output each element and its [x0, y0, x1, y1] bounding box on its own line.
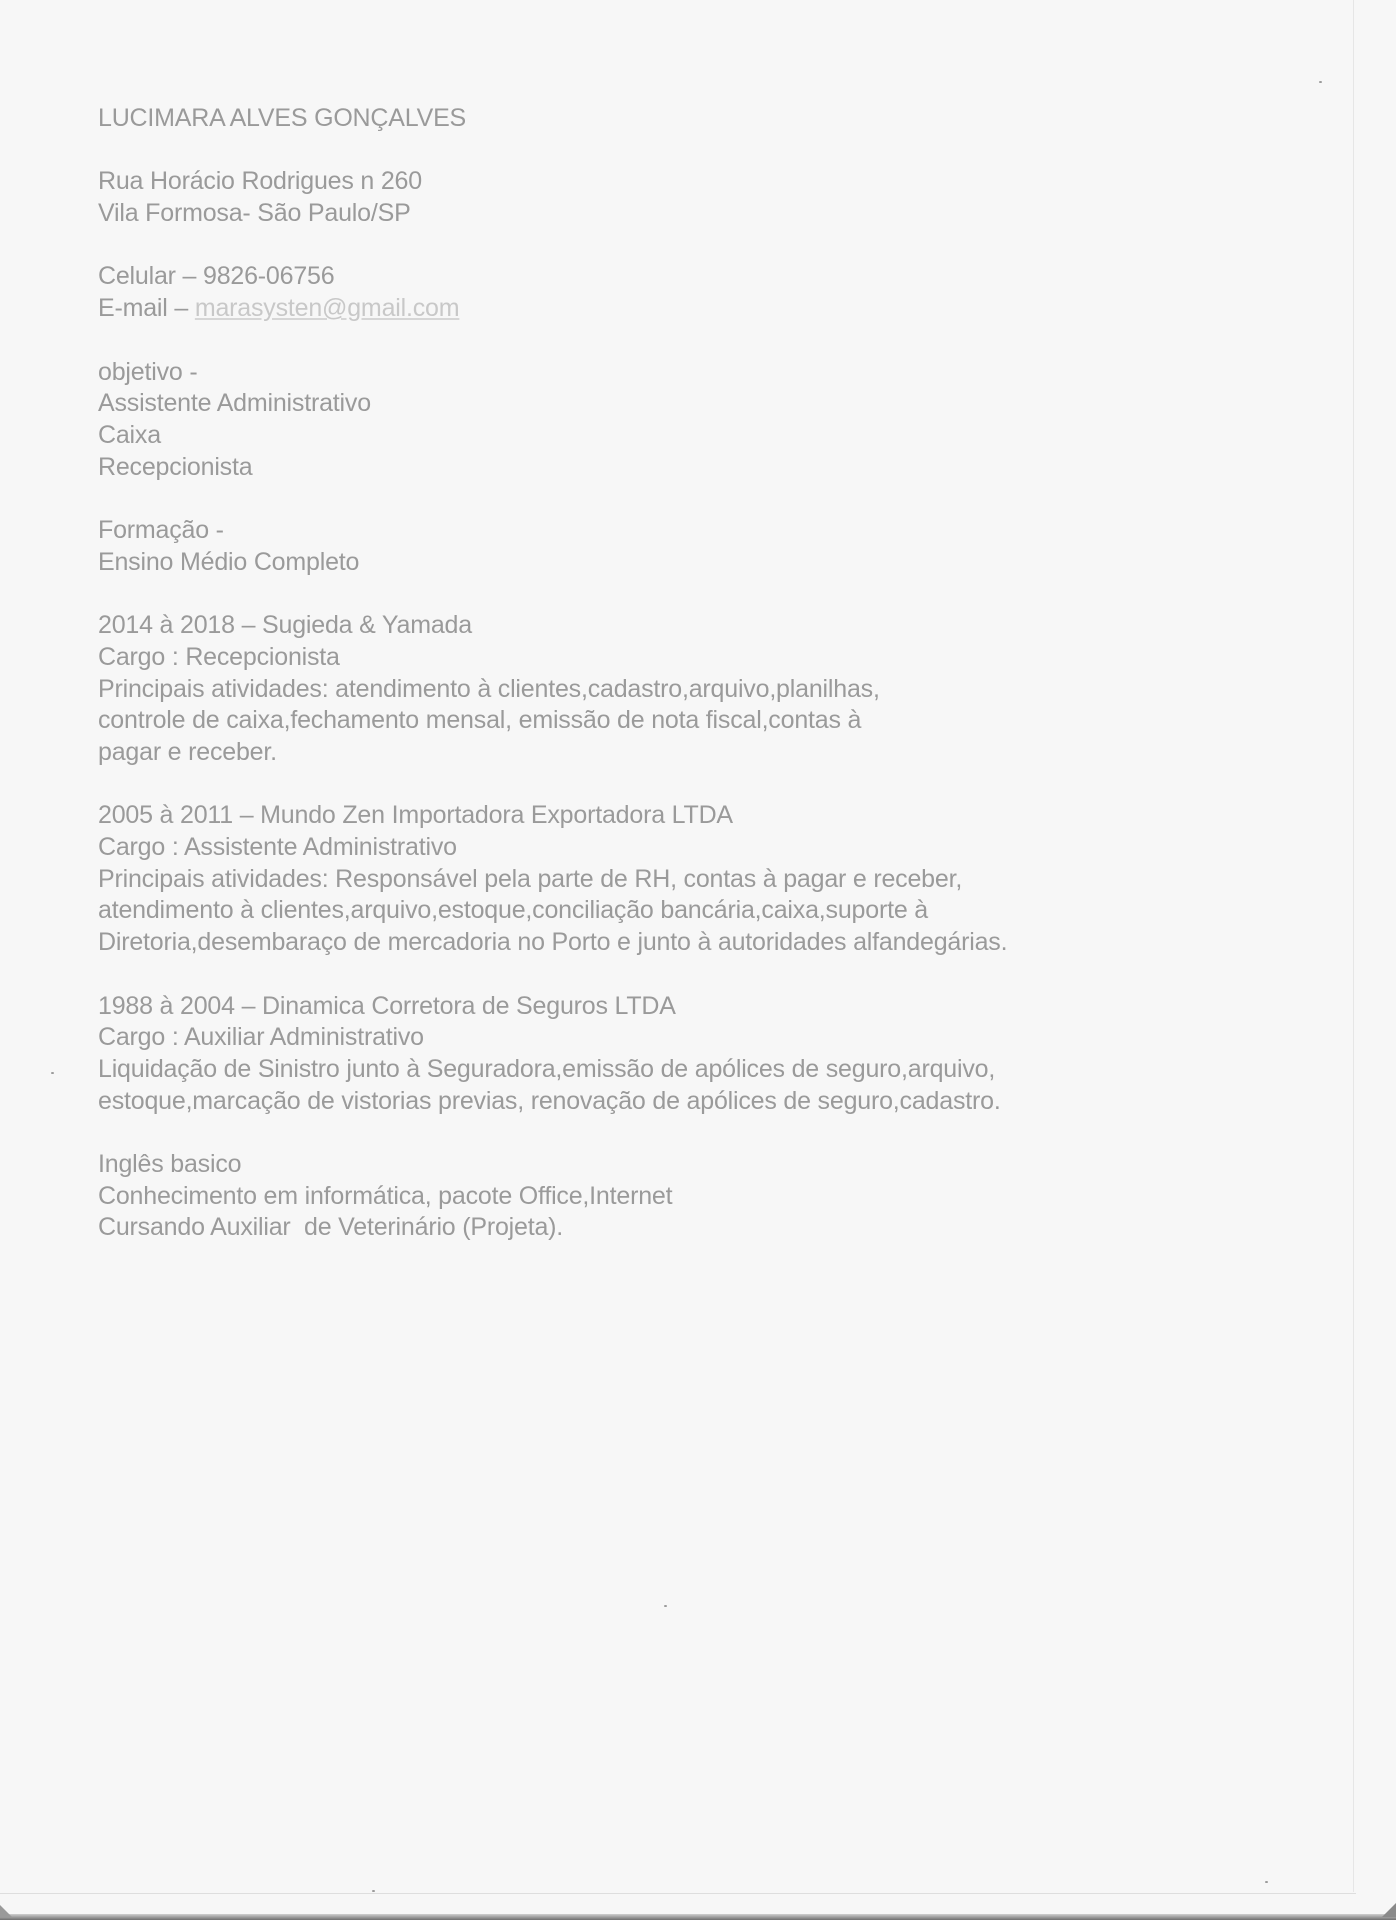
objective-item: Caixa	[98, 420, 1007, 452]
scanner-shadow	[0, 1914, 1396, 1920]
experience-role: Cargo : Recepcionista	[98, 642, 1007, 674]
education-heading: Formação -	[98, 515, 1007, 547]
email-label: E-mail –	[98, 294, 195, 322]
skill-item: Cursando Auxiliar de Veterinário (Projet…	[98, 1212, 1007, 1244]
experience-description: Principais atividades: atendimento à cli…	[98, 674, 1007, 706]
email-row: E-mail – marasysten@gmail.com	[98, 293, 1007, 325]
objective-item: Assistente Administrativo	[98, 388, 1007, 420]
candidate-name: LUCIMARA ALVES GONÇALVES	[98, 103, 1007, 135]
objective-heading: objetivo -	[98, 357, 1007, 389]
scan-speck	[372, 1890, 375, 1892]
experience-role: Cargo : Auxiliar Administrativo	[98, 1022, 1007, 1054]
resume-body: LUCIMARA ALVES GONÇALVES Rua Horácio Rod…	[98, 103, 1007, 1244]
scan-speck	[1319, 81, 1322, 83]
skill-item: Conhecimento em informática, pacote Offi…	[98, 1181, 1007, 1213]
education-value: Ensino Médio Completo	[98, 547, 1007, 579]
objective-item: Recepcionista	[98, 452, 1007, 484]
experience-role: Cargo : Assistente Administrativo	[98, 832, 1007, 864]
experience-header: 2014 à 2018 – Sugieda & Yamada	[98, 610, 1007, 642]
page-edge-right	[1353, 0, 1354, 1892]
skill-item: Inglês basico	[98, 1149, 1007, 1181]
experience-header: 2005 à 2011 – Mundo Zen Importadora Expo…	[98, 800, 1007, 832]
experience-entry: 2014 à 2018 – Sugieda & Yamada Cargo : R…	[98, 610, 1007, 769]
scan-speck	[664, 1605, 667, 1607]
experience-description: controle de caixa,fechamento mensal, emi…	[98, 705, 1007, 737]
scan-speck	[51, 1072, 54, 1074]
experience-description: estoque,marcação de vistorias previas, r…	[98, 1086, 1007, 1118]
experience-description: Principais atividades: Responsável pela …	[98, 864, 1007, 896]
email-link[interactable]: marasysten@gmail.com	[195, 294, 460, 322]
scanned-page: LUCIMARA ALVES GONÇALVES Rua Horácio Rod…	[0, 0, 1396, 1920]
phone: Celular – 9826-06756	[98, 261, 1007, 293]
experience-entry: 1988 à 2004 – Dinamica Corretora de Segu…	[98, 991, 1007, 1118]
experience-description: Liquidação de Sinistro junto à Segurador…	[98, 1054, 1007, 1086]
experience-description: atendimento à clientes,arquivo,estoque,c…	[98, 895, 1007, 927]
scan-speck	[1265, 1881, 1268, 1883]
address-city: Vila Formosa- São Paulo/SP	[98, 198, 1007, 230]
address-street: Rua Horácio Rodrigues n 260	[98, 166, 1007, 198]
experience-entry: 2005 à 2011 – Mundo Zen Importadora Expo…	[98, 800, 1007, 959]
scan-corner-right	[1382, 1903, 1396, 1917]
experience-description: pagar e receber.	[98, 737, 1007, 769]
experience-header: 1988 à 2004 – Dinamica Corretora de Segu…	[98, 991, 1007, 1023]
scan-corner-left	[0, 1905, 12, 1917]
page-edge-bottom	[0, 1893, 1356, 1894]
experience-description: Diretoria,desembaraço de mercadoria no P…	[98, 927, 1007, 959]
